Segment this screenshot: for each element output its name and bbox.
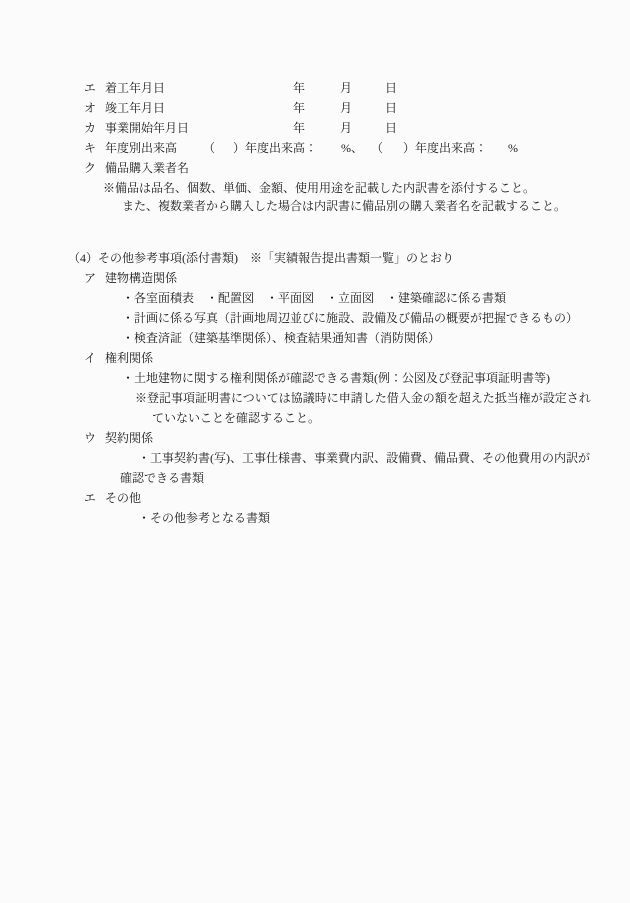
bullet-other-docs: ・その他参考となる書類	[0, 511, 630, 525]
equipment-note-2: また、複数業者から購入した場合は内訳書に備品別の購入業者名を記載すること。	[0, 199, 630, 213]
item-marker: カ	[84, 121, 96, 135]
note-text: ※登記事項証明書については協議時に申請した借入金の額を超えた抵当権が設定され	[135, 391, 591, 405]
percent-sign-2: %	[508, 141, 518, 155]
bullet-building-docs: ・各室面積表 ・配置図 ・平面図 ・立面図 ・建築確認に係る書類	[0, 291, 630, 305]
day-label: 日	[385, 101, 397, 115]
item-marker: キ	[84, 141, 96, 155]
field-row-equipment-vendor: ク 備品購入業者名	[0, 161, 630, 175]
document-page: エ 着工年月日 年 月 日 オ 竣工年月日 年 月 日 カ 事業開始年月日 年 …	[0, 0, 630, 903]
item-marker: イ	[84, 351, 96, 365]
bullet-inspection-certs: ・検査済証（建築基準関係）、検査結果通知書（消防関係）	[0, 331, 630, 345]
field-row-annual-progress: キ 年度別出来高 （ ）年度出来高： %、 （ ）年度出来高： %	[0, 141, 630, 155]
item-marker: ク	[84, 161, 96, 175]
group-contracts: ウ 契約関係	[0, 431, 630, 445]
group-title: 建物構造関係	[105, 271, 177, 285]
note-text: ていないことを確認すること。	[152, 411, 320, 425]
fiscal-year-progress-label-1: ）年度出来高：	[233, 141, 317, 155]
item-marker: エ	[84, 491, 96, 505]
group-title: その他	[105, 491, 141, 505]
bullet-text: ・その他参考となる書類	[138, 511, 270, 525]
year-label: 年	[293, 101, 305, 115]
year-label: 年	[293, 121, 305, 135]
year-label: 年	[293, 81, 305, 95]
day-label: 日	[385, 121, 397, 135]
bullet-text: ・各室面積表 ・配置図 ・平面図 ・立面図 ・建築確認に係る書類	[122, 291, 506, 305]
group-building-structure: ア 建物構造関係	[0, 271, 630, 285]
note-text: また、複数業者から購入した場合は内訳書に備品別の購入業者名を記載すること。	[122, 199, 566, 213]
item-label: 備品購入業者名	[105, 161, 189, 175]
fiscal-year-paren-open-1: （	[203, 141, 215, 155]
percent-sign-1: %、	[341, 141, 363, 155]
contract-docs-continuation: 確認できる書類	[0, 471, 630, 485]
field-row-start-date: エ 着工年月日 年 月 日	[0, 81, 630, 95]
group-title: 契約関係	[105, 431, 153, 445]
bullet-plan-photos: ・計画に係る写真（計画地周辺並びに施設、設備及び備品の概要が把握できるもの）	[0, 311, 630, 325]
group-rights: イ 権利関係	[0, 351, 630, 365]
heading-text: （4）その他参考事項(添付書類) ※「実績報告提出書類一覧」のとおり	[68, 251, 454, 265]
rights-note-continuation: ていないことを確認すること。	[0, 411, 630, 425]
item-marker: オ	[84, 101, 96, 115]
item-marker: ウ	[84, 431, 96, 445]
equipment-note-1: ※備品は品名、個数、単価、金額、使用用途を記載した内訳書を添付すること。	[0, 181, 630, 195]
item-label: 竣工年月日	[105, 101, 165, 115]
item-label: 年度別出来高	[105, 141, 177, 155]
note-text: ※備品は品名、個数、単価、金額、使用用途を記載した内訳書を添付すること。	[103, 181, 535, 195]
group-others: エ その他	[0, 491, 630, 505]
fiscal-year-progress-label-2: ）年度出来高：	[403, 141, 487, 155]
month-label: 月	[340, 121, 352, 135]
field-row-business-start-date: カ 事業開始年月日 年 月 日	[0, 121, 630, 135]
fiscal-year-paren-open-2: （	[371, 141, 383, 155]
continuation-text: 確認できる書類	[120, 471, 204, 485]
bullet-contract-docs: ・工事契約書(写)、工事仕様書、事業費内訳、設備費、備品費、その他費用の内訳が	[0, 451, 630, 465]
bullet-text: ・検査済証（建築基準関係）、検査結果通知書（消防関係）	[122, 331, 440, 345]
item-label: 事業開始年月日	[105, 121, 189, 135]
rights-note: ※登記事項証明書については協議時に申請した借入金の額を超えた抵当権が設定され	[0, 391, 630, 405]
day-label: 日	[385, 81, 397, 95]
item-marker: ア	[84, 271, 96, 285]
bullet-text: ・工事契約書(写)、工事仕様書、事業費内訳、設備費、備品費、その他費用の内訳が	[138, 451, 590, 465]
month-label: 月	[340, 101, 352, 115]
bullet-text: ・土地建物に関する権利関係が確認できる書類(例：公図及び登記事項証明書等)	[122, 371, 550, 385]
bullet-rights-docs: ・土地建物に関する権利関係が確認できる書類(例：公図及び登記事項証明書等)	[0, 371, 630, 385]
attachments-heading: （4）その他参考事項(添付書類) ※「実績報告提出書類一覧」のとおり	[0, 251, 630, 265]
group-title: 権利関係	[105, 351, 153, 365]
bullet-text: ・計画に係る写真（計画地周辺並びに施設、設備及び備品の概要が把握できるもの）	[122, 311, 578, 325]
item-marker: エ	[84, 81, 96, 95]
item-label: 着工年月日	[105, 81, 165, 95]
month-label: 月	[340, 81, 352, 95]
field-row-completion-date: オ 竣工年月日 年 月 日	[0, 101, 630, 115]
